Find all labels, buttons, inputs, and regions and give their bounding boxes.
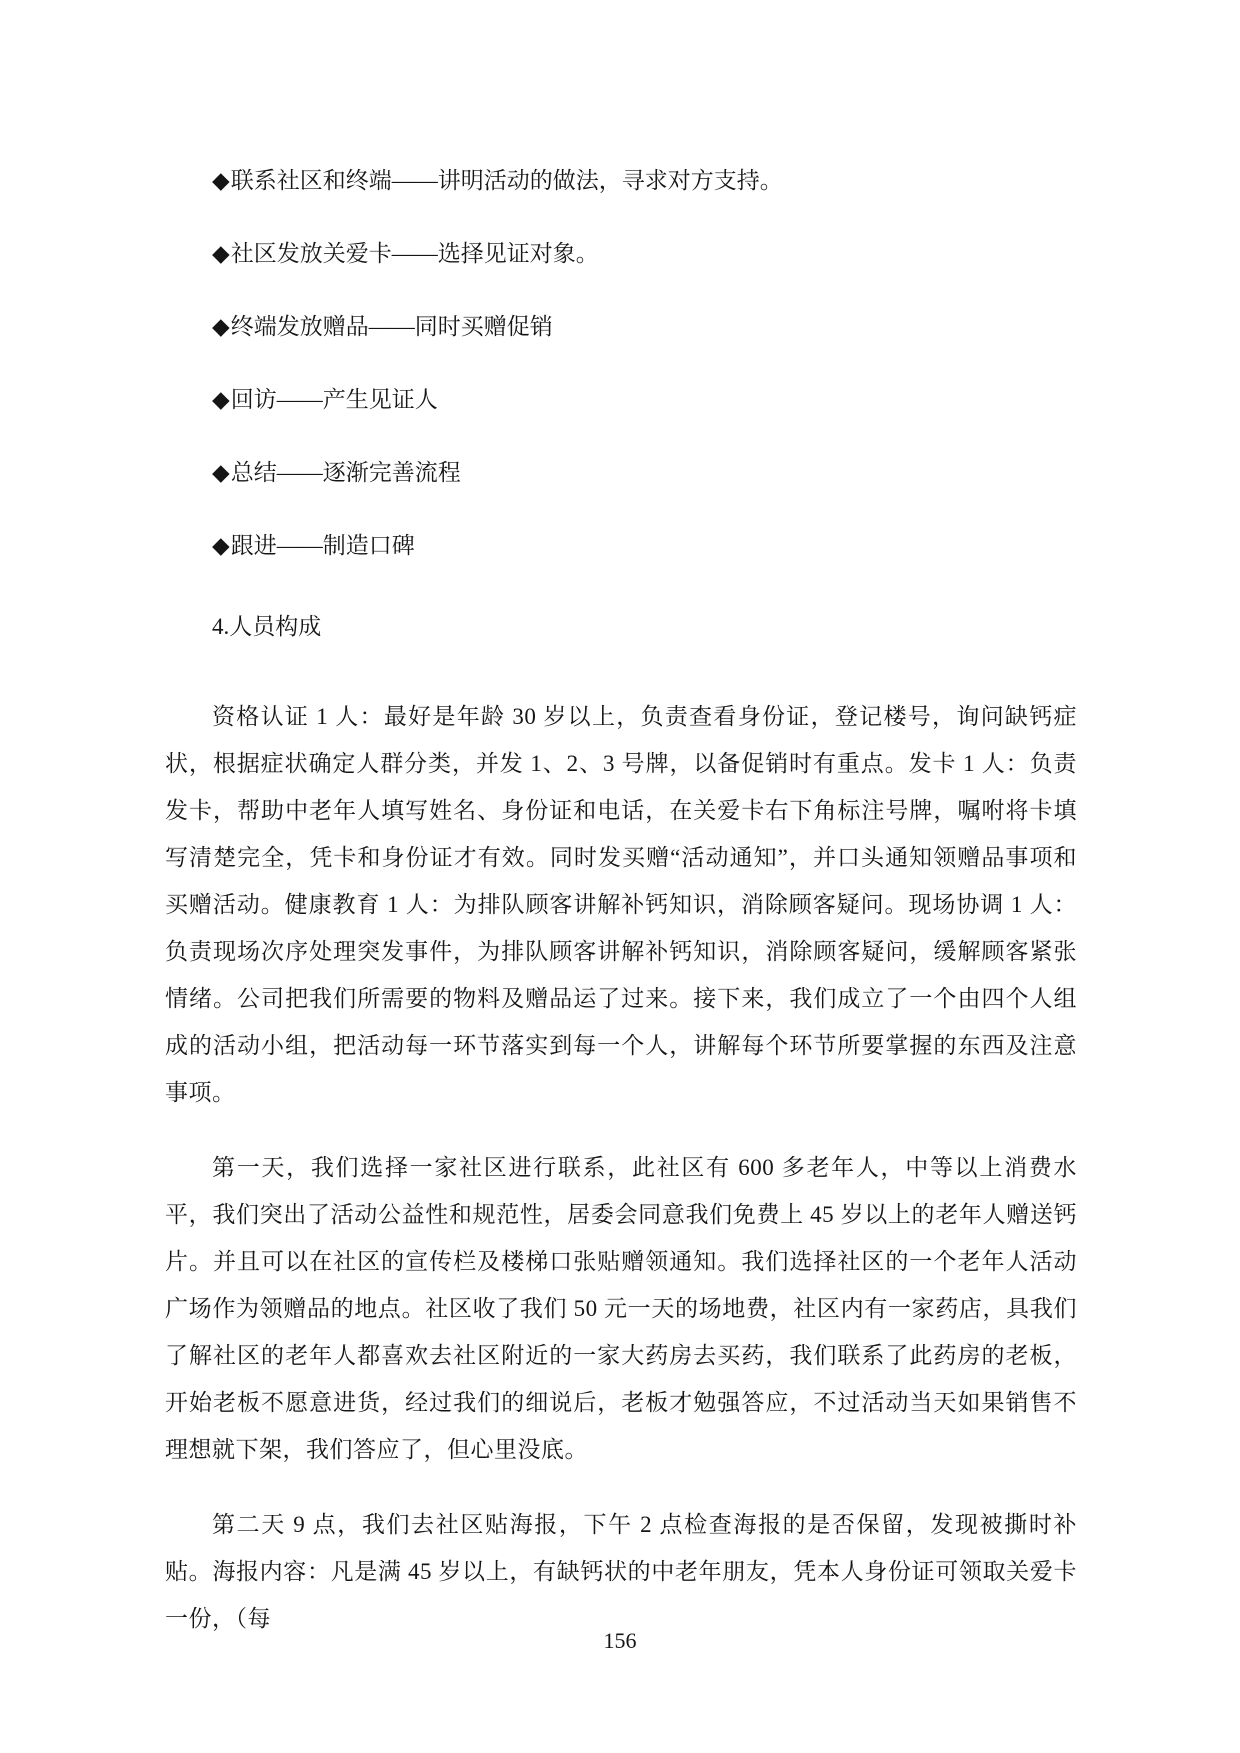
page-content: ◆联系社区和终端——讲明活动的做法，寻求对方支持。 ◆社区发放关爱卡——选择见证… [165,167,1077,1670]
paragraph-day-two: 第二天 9 点，我们去社区贴海报，下午 2 点检查海报的是否保留，发现被撕时补贴… [165,1501,1077,1642]
bullet-text: 社区发放关爱卡——选择见证对象。 [231,241,599,266]
diamond-bullet-icon: ◆ [212,241,230,266]
bullet-item: ◆跟进——制造口碑 [165,532,1077,560]
bullet-text: 总结——逐渐完善流程 [231,460,461,485]
diamond-bullet-icon: ◆ [212,533,230,558]
bullet-item: ◆社区发放关爱卡——选择见证对象。 [165,240,1077,268]
bullet-text: 终端发放赠品——同时买赠促销 [231,314,553,339]
diamond-bullet-icon: ◆ [212,387,230,412]
document-page: ◆联系社区和终端——讲明活动的做法，寻求对方支持。 ◆社区发放关爱卡——选择见证… [0,0,1240,1753]
bullet-item: ◆终端发放赠品——同时买赠促销 [165,313,1077,341]
paragraph-staffing: 资格认证 1 人：最好是年龄 30 岁以上，负责查看身份证，登记楼号，询问缺钙症… [165,693,1077,1116]
diamond-bullet-icon: ◆ [212,314,230,339]
bullet-text: 联系社区和终端——讲明活动的做法，寻求对方支持。 [231,168,783,193]
bullet-item: ◆总结——逐渐完善流程 [165,459,1077,487]
bullet-text: 跟进——制造口碑 [231,533,415,558]
bullet-item: ◆联系社区和终端——讲明活动的做法，寻求对方支持。 [165,167,1077,195]
section-heading: 4.人员构成 [165,613,1077,641]
page-number: 156 [0,1628,1240,1654]
bullet-text: 回访——产生见证人 [231,387,438,412]
diamond-bullet-icon: ◆ [212,460,230,485]
paragraph-day-one: 第一天，我们选择一家社区进行联系，此社区有 600 多老年人，中等以上消费水平，… [165,1144,1077,1473]
bullet-item: ◆回访——产生见证人 [165,386,1077,414]
diamond-bullet-icon: ◆ [212,168,230,193]
